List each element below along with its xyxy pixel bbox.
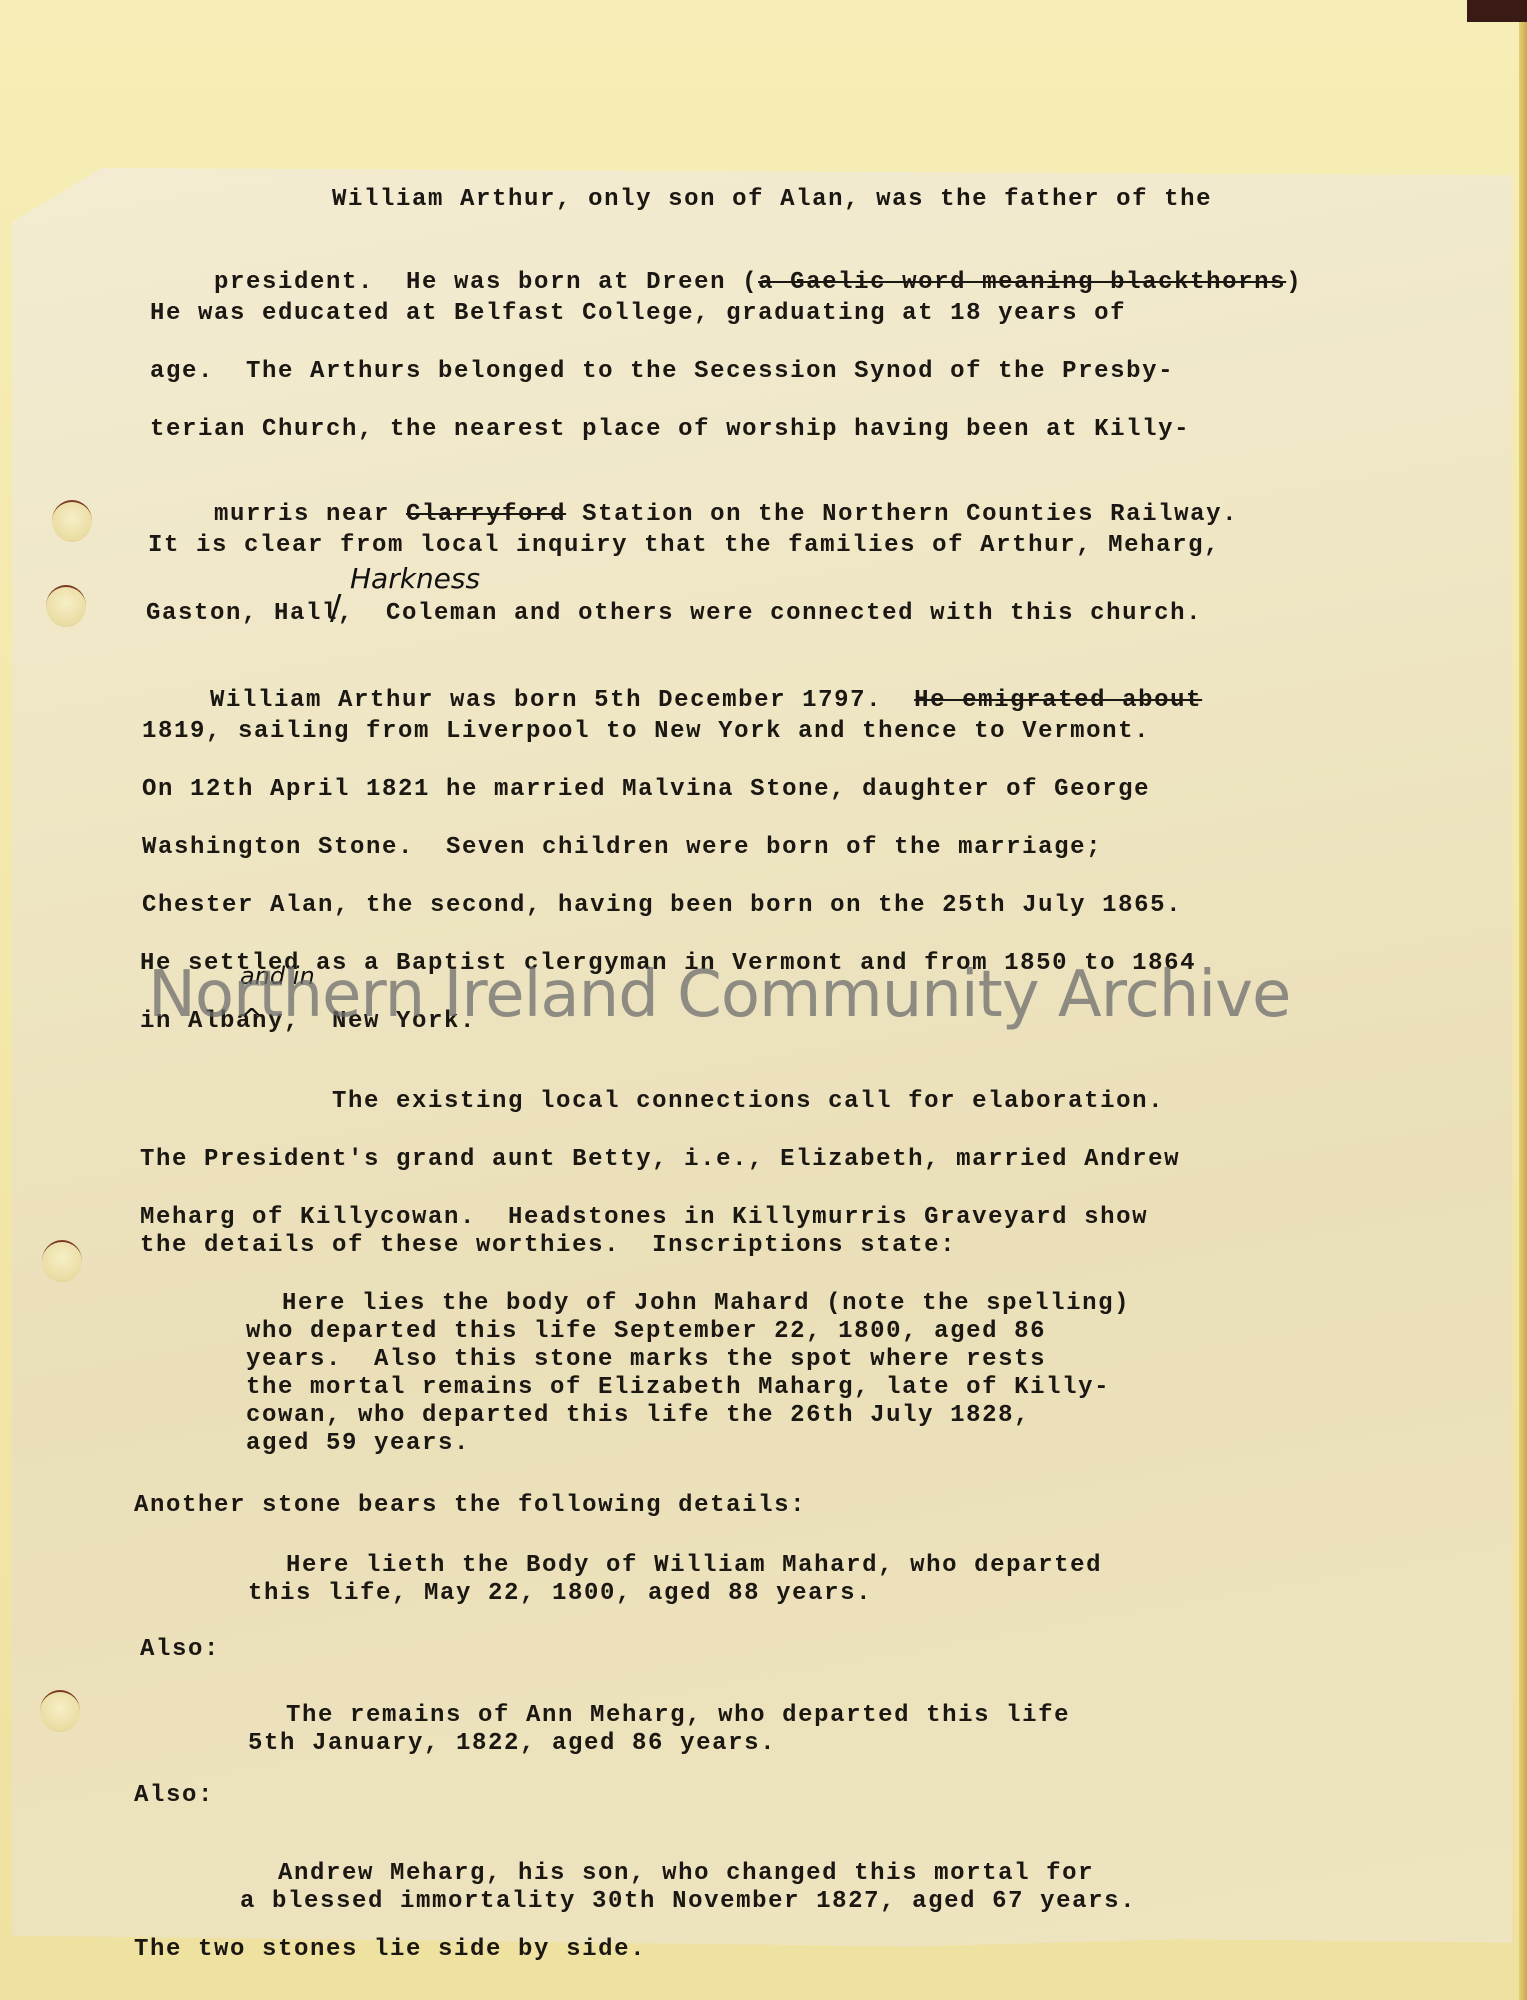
text-line: Gaston, Hall, Coleman and others were co…: [146, 600, 1202, 627]
archive-watermark: Northern Ireland Community Archive: [148, 958, 1290, 1032]
text-line: William Arthur, only son of Alan, was th…: [140, 186, 1212, 213]
text-line: Meharg of Killycowan. Headstones in Kill…: [140, 1204, 1148, 1231]
struck-text: a Gaelic word meaning blackthorns: [758, 269, 1286, 296]
text-line: a blessed immortality 30th November 1827…: [240, 1888, 1136, 1916]
text-segment: ): [1286, 269, 1302, 296]
text-line: The two stones lie side by side.: [134, 1936, 646, 1963]
inscription-block-4: Andrew Meharg, his son, who changed this…: [214, 1860, 1110, 1916]
text-line: 5th January, 1822, aged 86 years.: [248, 1730, 1096, 1758]
struck-text: He emigrated about: [914, 687, 1202, 714]
inscription-block-2: Here lieth the Body of William Mahard, w…: [222, 1552, 1102, 1608]
text-line: the details of these worthies. Inscripti…: [140, 1232, 956, 1259]
text-line: 1819, sailing from Liverpool to New York…: [142, 718, 1150, 745]
text-line: terian Church, the nearest place of wors…: [150, 416, 1190, 443]
text-line: Also:: [140, 1636, 220, 1663]
text-line: The existing local connections call for …: [140, 1088, 1164, 1115]
text-line: Here lieth the Body of William Mahard, w…: [222, 1552, 1102, 1580]
text-segment: William Arthur was born 5th December 179…: [210, 687, 914, 714]
text-line: years. Also this stone marks the spot wh…: [246, 1346, 1158, 1374]
text-line: On 12th April 1821 he married Malvina St…: [142, 776, 1150, 803]
text-line: aged 59 years.: [246, 1430, 1158, 1458]
text-line: Chester Alan, the second, having been bo…: [142, 892, 1182, 919]
text-line: Another stone bears the following detail…: [134, 1492, 806, 1519]
text-line: Here lies the body of John Mahard (note …: [218, 1290, 1130, 1318]
inscription-block-1: Here lies the body of John Mahard (note …: [218, 1290, 1130, 1458]
handwritten-insertion: Harkness: [350, 562, 480, 595]
text-segment: Station on the Northern Counties Railway…: [566, 501, 1238, 528]
text-line: cowan, who departed this life the 26th J…: [246, 1402, 1158, 1430]
text-line: It is clear from local inquiry that the …: [148, 532, 1220, 559]
text-line: who departed this life September 22, 180…: [246, 1318, 1158, 1346]
text-line: He was educated at Belfast College, grad…: [150, 300, 1126, 327]
text-line: The President's grand aunt Betty, i.e., …: [140, 1146, 1180, 1173]
text-line: Andrew Meharg, his son, who changed this…: [214, 1860, 1110, 1888]
text-segment: murris near: [214, 501, 406, 528]
inscription-block-3: The remains of Ann Meharg, who departed …: [222, 1702, 1070, 1758]
text-line: Also:: [134, 1782, 214, 1809]
text-line: the mortal remains of Elizabeth Maharg, …: [246, 1374, 1158, 1402]
text-line: age. The Arthurs belonged to the Secessi…: [150, 358, 1174, 385]
text-line: Washington Stone. Seven children were bo…: [142, 834, 1102, 861]
struck-text: Clarryford: [406, 501, 566, 528]
text-line: The remains of Ann Meharg, who departed …: [222, 1702, 1070, 1730]
text-line: this life, May 22, 1800, aged 88 years.: [248, 1580, 1128, 1608]
text-segment: president. He was born at Dreen (: [214, 269, 758, 296]
